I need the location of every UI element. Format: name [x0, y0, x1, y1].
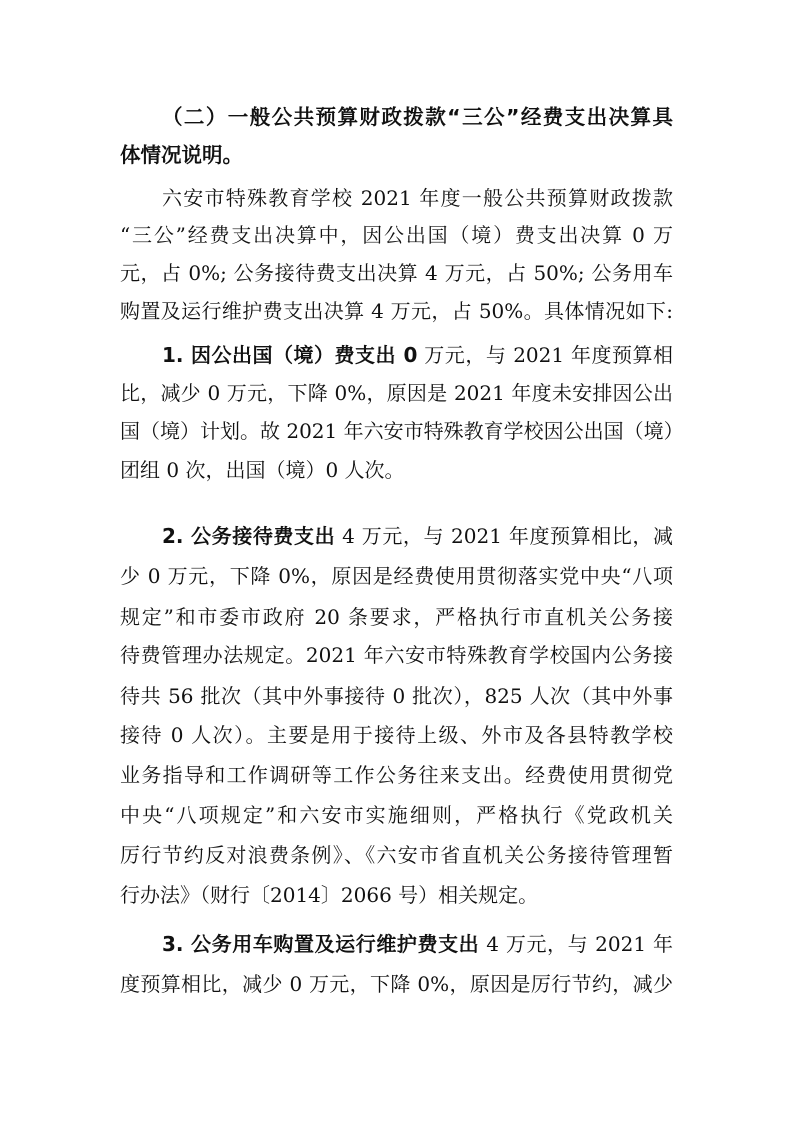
- item2-line-2: 少 0 万元，下降 0%，原因是经费使用贯彻落实党中央“八项: [120, 561, 673, 591]
- item1-line-3: 国（境）计划。故 2021 年六安市特殊教育学校因公出国（境）: [120, 416, 673, 446]
- item2-bold-lead: 2. 公务接待费支出: [162, 524, 335, 548]
- item1-line-4: 团组 0 次，出国（境）0 人次。: [120, 455, 673, 485]
- item2-line-6: 接待 0 人次）。主要是用于接待上级、外市及各县特教学校: [120, 720, 673, 750]
- item2-line-7: 业务指导和工作调研等工作公务往来支出。经费使用贯彻党: [120, 760, 673, 790]
- item1-bold-lead: 1. 因公出国（境）费支出 0: [162, 343, 417, 367]
- item1-first-line-rest: 万元，与 2021 年度预算相: [417, 343, 673, 367]
- item2-line-8: 中央“八项规定”和六安市实施细则，严格执行《党政机关: [120, 800, 673, 830]
- intro-line-2: “三公”经费支出决算中，因公出国（境）费支出决算 0 万: [120, 220, 673, 250]
- item3-first-line: 3. 公务用车购置及运行维护费支出 4 万元，与 2021 年: [162, 929, 673, 959]
- intro-line-3: 元，占 0%; 公务接待费支出决算 4 万元，占 50%; 公务用车: [120, 258, 673, 288]
- item1-first-line: 1. 因公出国（境）费支出 0 万元，与 2021 年度预算相: [162, 340, 673, 370]
- item2-line-3: 规定”和市委市政府 20 条要求，严格执行市直机关公务接: [120, 602, 673, 632]
- section-heading-line-1: （二）一般公共预算财政拨款“三公”经费支出决算具: [162, 102, 673, 132]
- item2-line-9: 厉行节约反对浪费条例》、《六安市省直机关公务接待管理暂: [120, 840, 673, 870]
- item2-line-10: 行办法》（财行〔2014〕2066 号）相关规定。: [120, 880, 673, 910]
- document-page: （二）一般公共预算财政拨款“三公”经费支出决算具 体情况说明。 六安市特殊教育学…: [0, 0, 793, 1122]
- item3-line-2: 度预算相比，减少 0 万元，下降 0%，原因是厉行节约，减少: [120, 969, 673, 999]
- item2-line-5: 待共 56 批次（其中外事接待 0 批次），825 人次（其中外事: [120, 681, 673, 711]
- item3-first-line-rest: 4 万元，与 2021 年: [479, 932, 673, 956]
- item2-line-4: 待费管理办法规定。2021 年六安市特殊教育学校国内公务接: [120, 640, 673, 670]
- section-heading-line-2: 体情况说明。: [120, 140, 673, 170]
- item3-bold-lead: 3. 公务用车购置及运行维护费支出: [162, 932, 479, 956]
- item2-first-line-rest: 4 万元，与 2021 年度预算相比，减: [335, 524, 673, 548]
- intro-line-1: 六安市特殊教育学校 2021 年度一般公共预算财政拨款: [162, 183, 673, 213]
- item1-line-2: 比，减少 0 万元，下降 0%，原因是 2021 年度未安排因公出: [120, 378, 673, 408]
- intro-line-4: 购置及运行维护费支出决算 4 万元，占 50%。具体情况如下:: [120, 296, 673, 326]
- item2-first-line: 2. 公务接待费支出 4 万元，与 2021 年度预算相比，减: [162, 521, 673, 551]
